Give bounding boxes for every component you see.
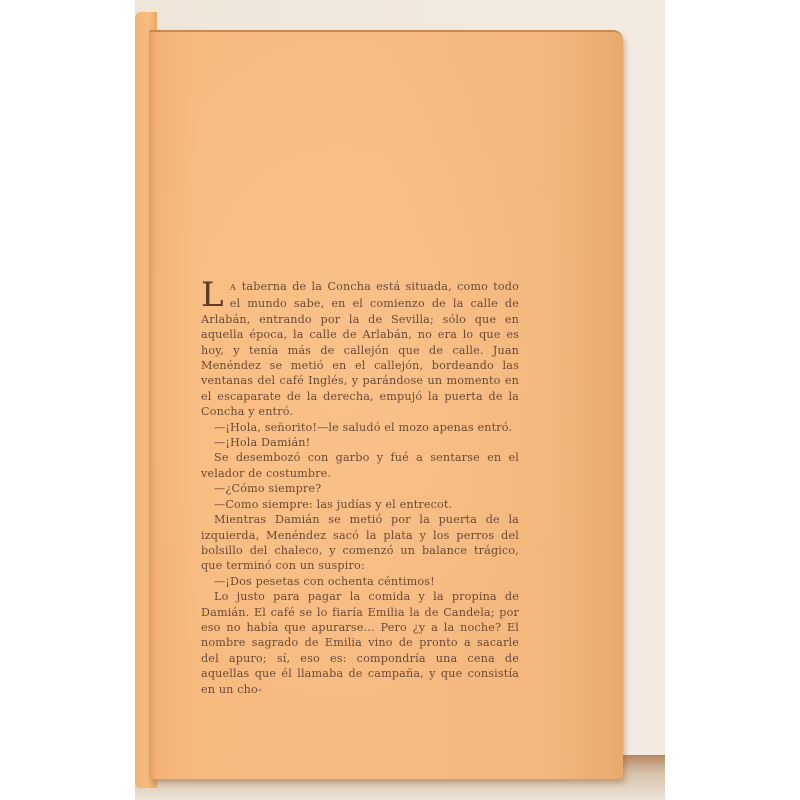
- drop-cap: L: [201, 281, 224, 309]
- paragraph-opening: LA taberna de la Concha está situada, co…: [201, 279, 519, 420]
- paragraph-dialogue: —¡Hola, señorito!—le saludó el mozo apen…: [201, 420, 519, 435]
- page-gutter-shadow: [149, 32, 157, 779]
- paragraph-body: Lo justo para pagar la comida y la propi…: [201, 589, 519, 697]
- paragraph-body: Se desembozó con garbo y fué a sentarse …: [201, 450, 519, 481]
- paragraph-dialogue: —¡Hola Damián!: [201, 435, 519, 450]
- paragraph-dialogue: —Como siempre: las judías y el entrecot.: [201, 497, 519, 512]
- book-page: LA taberna de la Concha está situada, co…: [149, 30, 623, 779]
- paragraph-dialogue: —¿Cómo siempre?: [201, 481, 519, 496]
- book-photo: LA taberna de la Concha está situada, co…: [135, 0, 665, 800]
- paragraph-text: taberna de la Concha está situada, como …: [201, 280, 519, 418]
- paragraph-dialogue: —¡Dos pesetas con ochenta céntimos!: [201, 574, 519, 589]
- paragraph-body: Mientras Damián se metió por la puerta d…: [201, 512, 519, 574]
- page-text-block: LA taberna de la Concha está situada, co…: [201, 279, 519, 697]
